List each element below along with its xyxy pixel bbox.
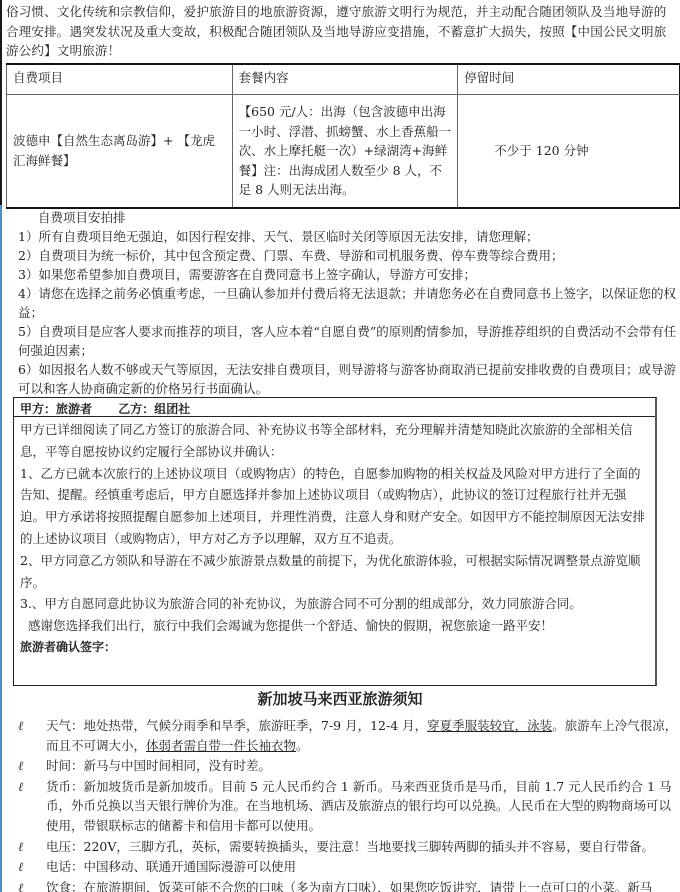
table-header-row: 自费项目 套餐内容 停留时间 xyxy=(7,64,680,94)
agreement-parties: 甲方：旅游者 乙方：组团社 xyxy=(14,398,655,417)
header-content: 套餐内容 xyxy=(232,64,458,94)
arrangement-title: 自费项目安拍排 xyxy=(18,208,678,227)
bullet-icon: ℓ xyxy=(18,857,23,877)
agreement-box: 甲方：旅游者 乙方：组团社 甲方已详细阅读了同乙方签订的旅游合同、补充协议书等全… xyxy=(13,397,657,686)
travel-notes-list: ℓ 天气：地处热带，气候分雨季和旱季，旅游旺季，7-9 月，12-4 月，穿夏季… xyxy=(18,716,678,892)
notes-title: 新加坡马来西亚旅游须知 xyxy=(0,688,680,709)
party-a: 甲方：旅游者 xyxy=(20,402,92,416)
list-item: ℓ 饮食：在旅游期间，饭菜可能不合您的口味（多为南方口味），如果您吃饭讲究，请带… xyxy=(18,878,678,892)
agreement-paragraph: 1、乙方已就本次旅行的上述协议项目（或购物店）的特色，自愿参加购物的相关权益及风… xyxy=(20,463,649,550)
optional-tour-table: 自费项目 套餐内容 停留时间 波德申【自然生态离岛游】+ 【龙虎汇海鲜餐】 【6… xyxy=(6,63,680,209)
note-text: 饮食：在旅游期间，饭菜可能不合您的口味（多为南方口味），如果您吃饭讲究，请带上一… xyxy=(46,880,652,892)
bullet-icon: ℓ xyxy=(18,756,23,776)
note-underlined: 体弱者需自带一件长袖衣物 xyxy=(146,738,296,753)
optional-arrangement-section: 自费项目安拍排 1）所有自费项目绝无强迫，如因行程安排、天气、景区临时关闭等原因… xyxy=(18,208,678,398)
note-text: 。 xyxy=(296,738,309,753)
header-item: 自费项目 xyxy=(7,64,233,94)
agreement-paragraph: 感谢您选择我们出行，旅行中我们会竭诚为您提供一个舒适、愉快的假期，祝您旅途一路平… xyxy=(20,615,649,637)
bullet-icon: ℓ xyxy=(18,716,23,736)
cell-duration: 不少于 120 分钟 xyxy=(458,94,680,208)
list-item: ℓ 电压：220V，三脚方孔，英标，需要转换插头，要注意！当地要找三脚转两脚的插… xyxy=(18,837,678,857)
list-item: ℓ 天气：地处热带，气候分雨季和旱季，旅游旺季，7-9 月，12-4 月，穿夏季… xyxy=(18,716,678,755)
arrangement-item: 1）所有自费项目绝无强迫，如因行程安排、天气、景区临时关闭等原因无法安排，请您理… xyxy=(18,227,678,246)
party-b: 乙方：组团社 xyxy=(118,402,190,416)
note-text: 电话：中国移动、联通开通国际漫游可以使用 xyxy=(46,859,296,874)
cell-content: 【650 元/人：出海（包含波德申出海一小时、浮潜、抓螃蟹、水上香蕉船一次、水上… xyxy=(232,94,458,208)
arrangement-item: 3）如果您希望参加自费项目，需要游客在自费同意书上签字确认，导游方可安排； xyxy=(18,265,678,284)
bullet-icon: ℓ xyxy=(18,837,23,857)
page-border-left-blue xyxy=(0,205,2,892)
list-item: ℓ 时间：新马与中国时间相同，没有时差。 xyxy=(18,756,678,776)
note-underlined: 穿夏季服装较宜，泳装 xyxy=(427,718,552,733)
agreement-paragraph: 2、甲方同意乙方领队和导游在不减少旅游景点数量的前提下，为优化旅游体验，可根据实… xyxy=(20,550,649,594)
arrangement-item: 5）自费项目是应客人要求而推荐的项目，客人应本着“自愿自费”的原则酌情参加，导游… xyxy=(18,322,678,360)
note-text: 电压：220V，三脚方孔，英标，需要转换插头，要注意！当地要找三脚转两脚的插头并… xyxy=(46,839,654,854)
cell-item: 波德申【自然生态离岛游】+ 【龙虎汇海鲜餐】 xyxy=(7,94,233,208)
bullet-icon: ℓ xyxy=(18,878,23,892)
intro-paragraph: 俗习惯、文化传统和宗教信仰，爱护旅游目的地旅游资源，遵守旅游文明行为规范，并主动… xyxy=(6,2,678,61)
arrangement-item: 4）请您在选择之前务必慎重考虑，一旦确认参加并付费后将无法退款；并请您务必在自费… xyxy=(18,284,678,322)
list-item: ℓ 电话：中国移动、联通开通国际漫游可以使用 xyxy=(18,857,678,877)
note-text: 时间：新马与中国时间相同，没有时差。 xyxy=(46,758,271,773)
agreement-body: 甲方已详细阅读了同乙方签订的旅游合同、补充协议书等全部材料，充分理解并清楚知晓此… xyxy=(14,417,655,685)
note-text: 货币：新加坡货币是新加坡币。目前 5 元人民币约合 1 新币。马来西亚货币是马币… xyxy=(46,779,672,833)
note-text: 天气：地处热带，气候分雨季和旱季，旅游旺季，7-9 月，12-4 月， xyxy=(46,718,427,733)
agreement-paragraph: 甲方已详细阅读了同乙方签订的旅游合同、补充协议书等全部材料，充分理解并清楚知晓此… xyxy=(20,419,649,463)
header-duration: 停留时间 xyxy=(458,64,680,94)
agreement-paragraph: 3.、甲方自愿同意此协议为旅游合同的补充协议，为旅游合同不可分割的组成部分，效力… xyxy=(20,593,649,615)
arrangement-item: 2）自费项目为统一标价，其中包含预定费、门票、车费、导游和司机服务费、停车费等综… xyxy=(18,246,678,265)
list-item: ℓ 货币：新加坡货币是新加坡币。目前 5 元人民币约合 1 新币。马来西亚货币是… xyxy=(18,777,678,836)
page-border-left xyxy=(0,0,2,205)
arrangement-item: 6）如因报名人数不够或天气等原因，无法安排自费项目，则导游将与游客协商取消已提前… xyxy=(18,360,678,398)
table-row: 波德申【自然生态离岛游】+ 【龙虎汇海鲜餐】 【650 元/人：出海（包含波德申… xyxy=(7,94,680,208)
bullet-icon: ℓ xyxy=(18,777,23,797)
signature-label: 旅游者确认签字： xyxy=(20,637,649,659)
